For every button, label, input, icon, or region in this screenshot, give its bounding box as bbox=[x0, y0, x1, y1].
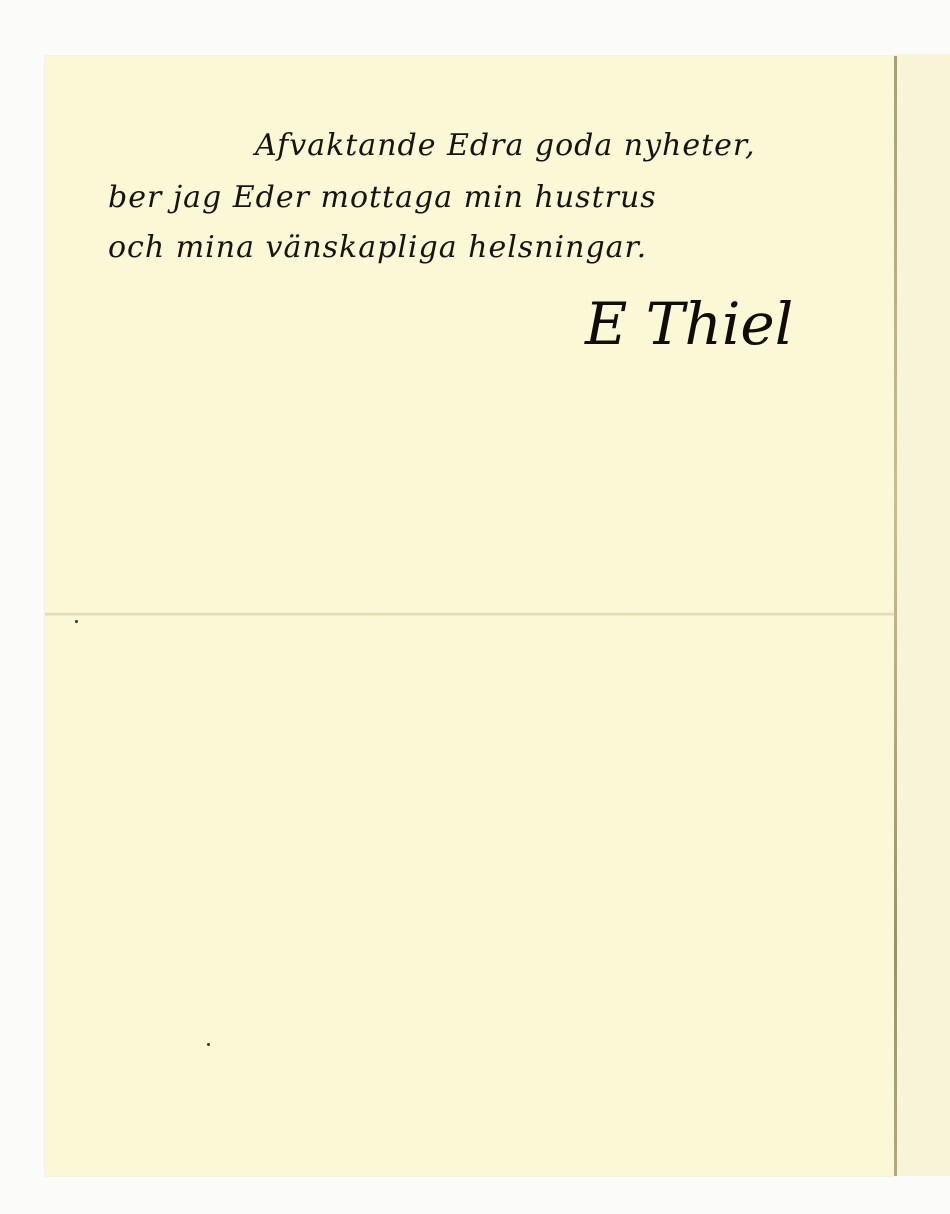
page-fold-crease bbox=[45, 612, 895, 616]
ink-speck bbox=[207, 1043, 210, 1046]
letter-page bbox=[45, 56, 895, 1176]
back-page-edge bbox=[895, 54, 950, 1176]
letter-line-3: och mina vänskapliga helsningar. bbox=[108, 230, 647, 265]
letter-line-1: Afvaktande Edra goda nyheter, bbox=[255, 128, 756, 163]
ink-speck bbox=[75, 620, 78, 623]
signature: E Thiel bbox=[585, 290, 793, 358]
letter-line-2: ber jag Eder mottaga min hustrus bbox=[108, 180, 657, 215]
